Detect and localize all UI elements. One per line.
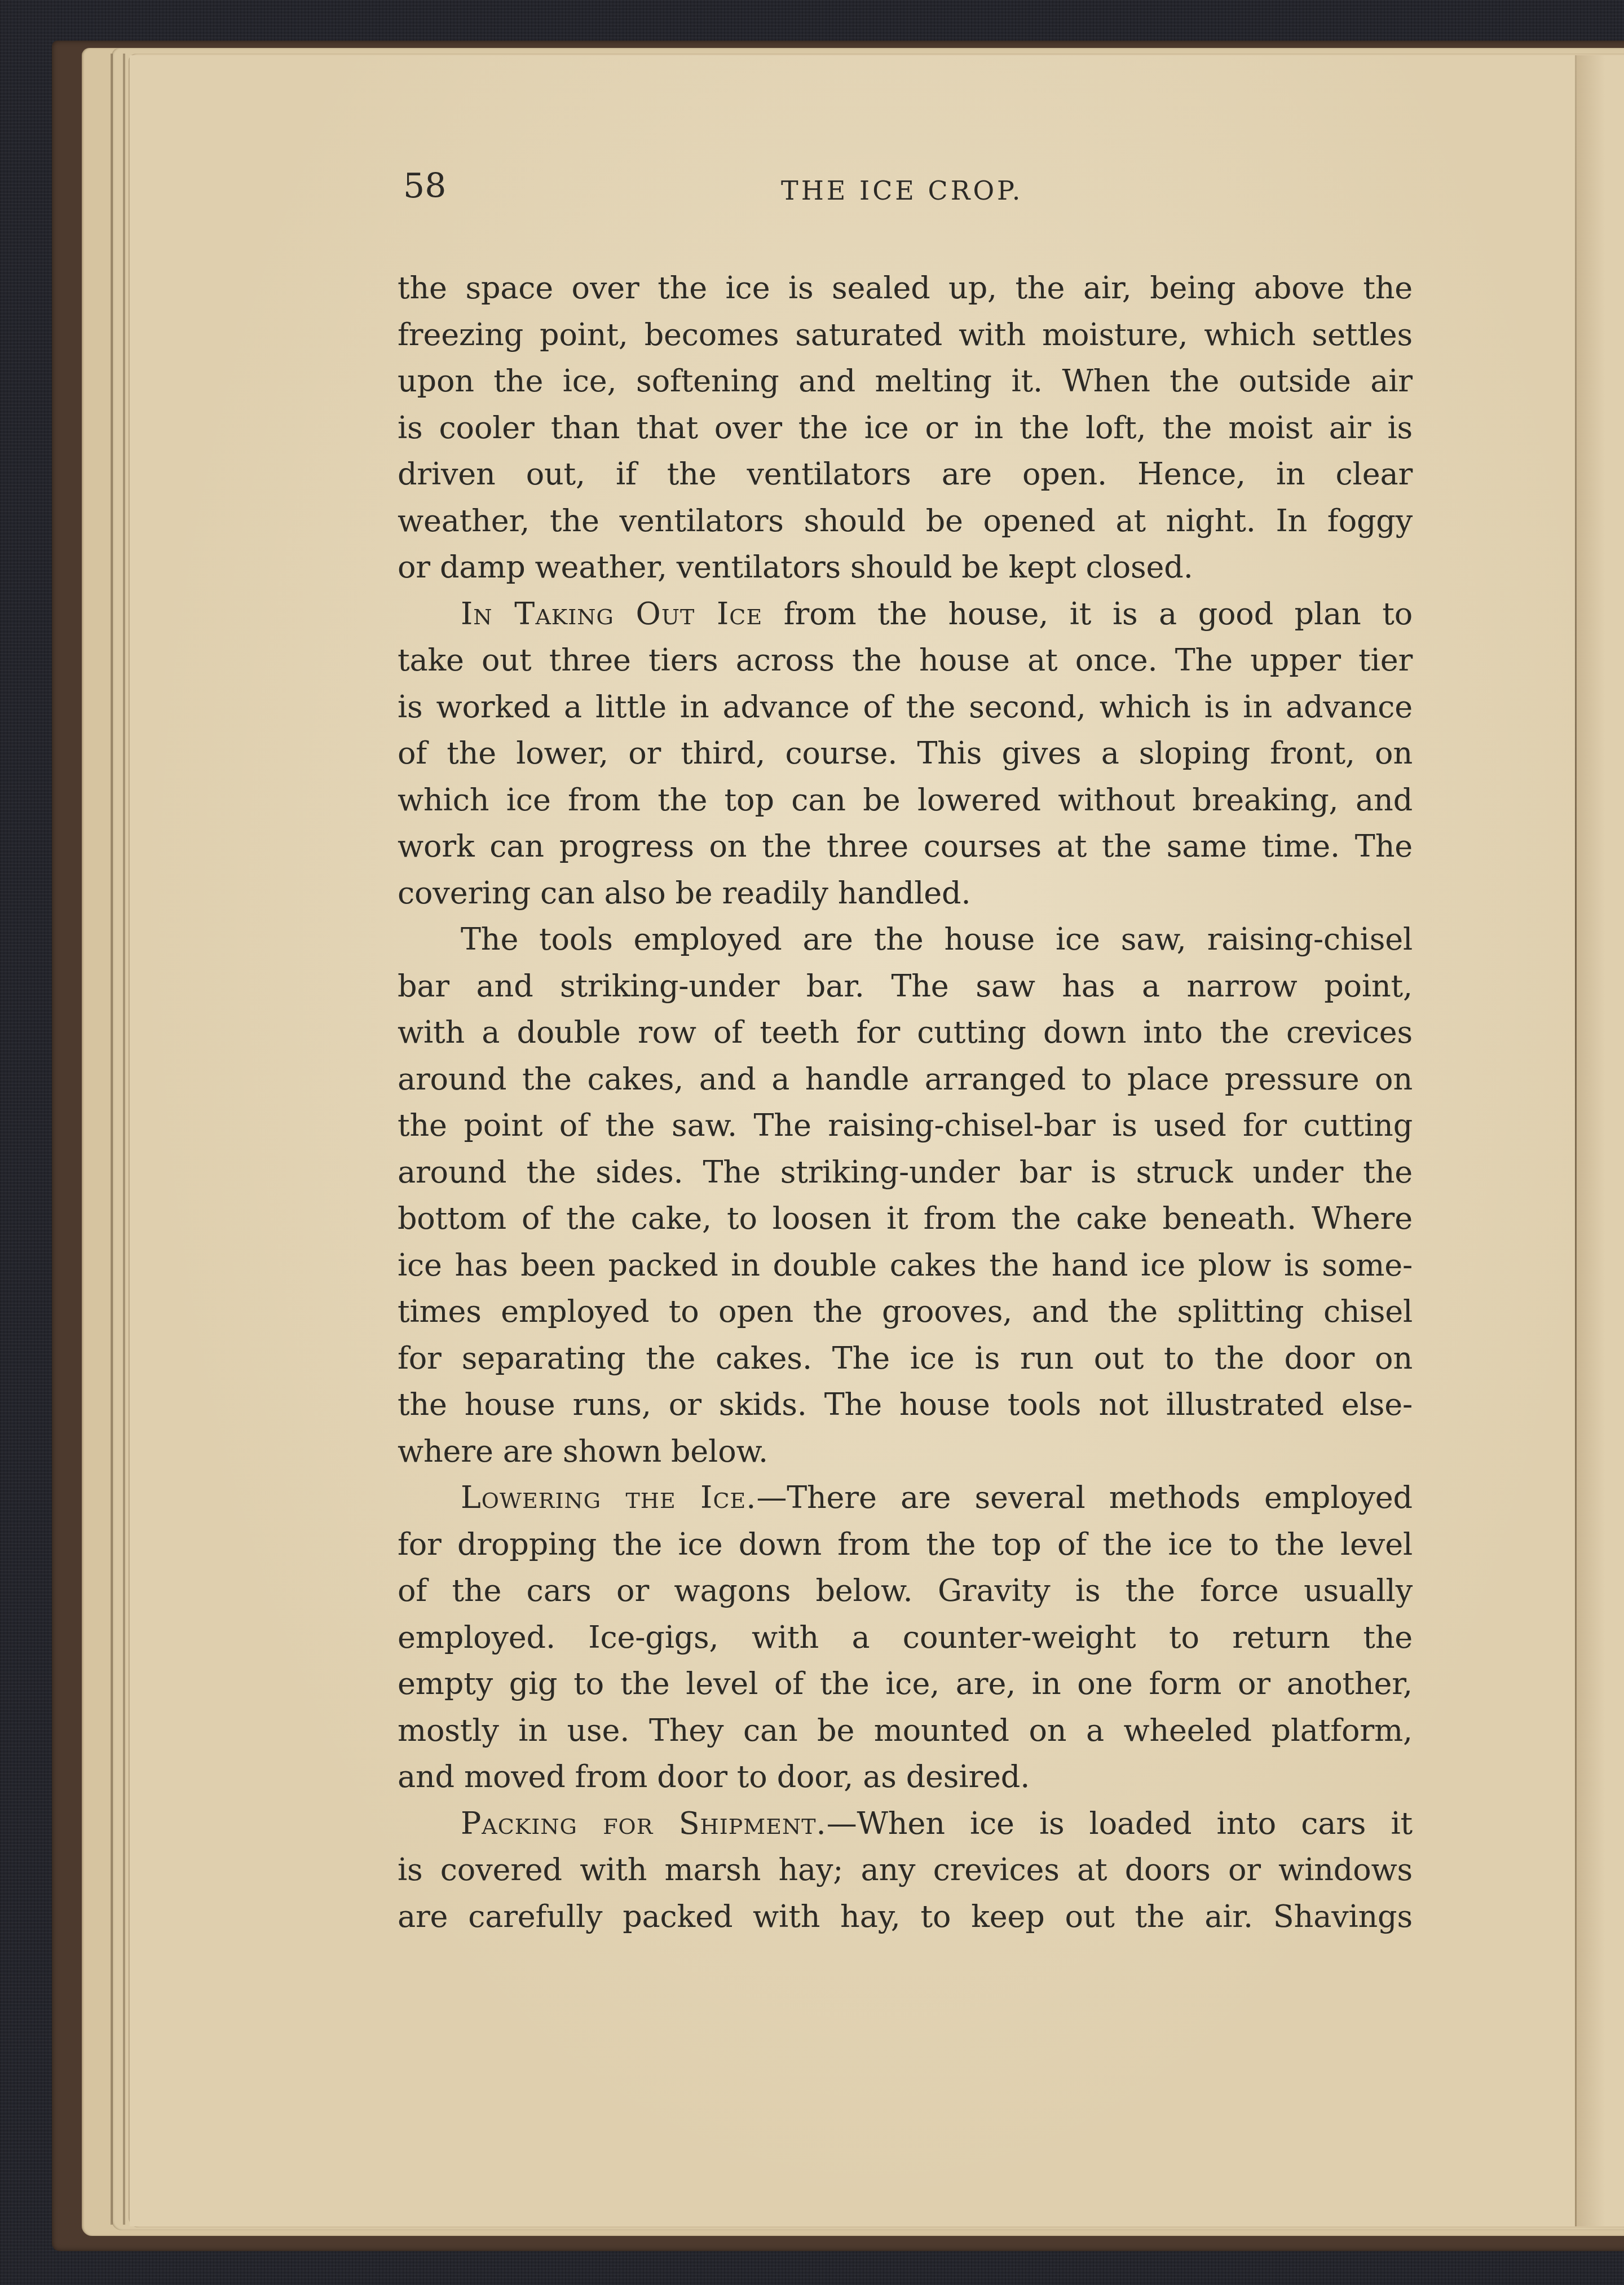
text-line: mostly in use. They can be mounted on a … xyxy=(398,1708,1413,1754)
paragraph: In Taking Out Ice from the house, it is … xyxy=(398,591,1413,917)
section-lead: Packing for Shipment. xyxy=(461,1806,827,1841)
paragraph: Packing for Shipment.—When ice is loaded… xyxy=(398,1801,1413,1940)
page-edge-line xyxy=(111,54,113,2225)
text-line: covering can also be readily handled. xyxy=(398,870,1413,917)
text-line: employed. Ice-gigs, with a counter-weigh… xyxy=(398,1615,1413,1661)
text-line: where are shown below. xyxy=(398,1428,1413,1475)
text-line: is worked a little in advance of the sec… xyxy=(398,684,1413,731)
facing-page-edge xyxy=(1577,55,1624,2226)
paragraph: The tools employed are the house ice saw… xyxy=(398,916,1413,1475)
body-text: the space over the ice is sealed up, the… xyxy=(398,265,1413,1940)
text-line: is cooler than that over the ice or in t… xyxy=(398,405,1413,452)
text-line: of the lower, or third, course. This giv… xyxy=(398,730,1413,777)
text-line: Packing for Shipment.—When ice is loaded… xyxy=(398,1801,1413,1847)
text-line: is covered with marsh hay; any crevices … xyxy=(398,1847,1413,1894)
text-line: The tools employed are the house ice saw… xyxy=(398,916,1413,963)
text-line: driven out, if the ventilators are open.… xyxy=(398,451,1413,498)
text-line: or damp weather, ventilators should be k… xyxy=(398,544,1413,591)
text-line: the point of the saw. The raising-chisel… xyxy=(398,1102,1413,1149)
paragraph: Lowering the Ice.—There are several meth… xyxy=(398,1475,1413,1801)
text-line: bottom of the cake, to loosen it from th… xyxy=(398,1196,1413,1242)
text-line: the space over the ice is sealed up, the… xyxy=(398,265,1413,312)
text-line: ice has been packed in double cakes the … xyxy=(398,1242,1413,1289)
page-edge-line xyxy=(123,54,125,2225)
paragraph: the space over the ice is sealed up, the… xyxy=(398,265,1413,591)
running-title: THE ICE CROP. xyxy=(781,168,1023,213)
text-line: work can progress on the three courses a… xyxy=(398,823,1413,870)
text-line: which ice from the top can be lowered wi… xyxy=(398,777,1413,824)
text-line: the house runs, or skids. The house tool… xyxy=(398,1382,1413,1428)
text-line: for separating the cakes. The ice is run… xyxy=(398,1335,1413,1382)
text-line: and moved from door to door, as desired. xyxy=(398,1754,1413,1801)
page-number: 58 xyxy=(403,164,446,209)
text-line: around the cakes, and a handle arranged … xyxy=(398,1056,1413,1103)
text-line: upon the ice, softening and melting it. … xyxy=(398,358,1413,405)
text-line: for dropping the ice down from the top o… xyxy=(398,1521,1413,1568)
text-line: In Taking Out Ice from the house, it is … xyxy=(398,591,1413,638)
text-line: Lowering the Ice.—There are several meth… xyxy=(398,1475,1413,1521)
text-line: weather, the ventilators should be opene… xyxy=(398,498,1413,545)
section-lead: In Taking Out Ice xyxy=(461,596,762,632)
text-line: freezing point, becomes saturated with m… xyxy=(398,312,1413,359)
text-line: of the cars or wagons below. Gravity is … xyxy=(398,1568,1413,1615)
section-lead: Lowering the Ice. xyxy=(461,1480,756,1515)
text-line: empty gig to the level of the ice, are, … xyxy=(398,1661,1413,1708)
running-head: 58 THE ICE CROP. xyxy=(403,164,1418,209)
text-line: are carefully packed with hay, to keep o… xyxy=(398,1894,1413,1940)
text-line: bar and striking-under bar. The saw has … xyxy=(398,963,1413,1010)
text-line: with a double row of teeth for cutting d… xyxy=(398,1009,1413,1056)
text-line: take out three tiers across the house at… xyxy=(398,637,1413,684)
text-line: around the sides. The striking-under bar… xyxy=(398,1149,1413,1196)
text-line: times employed to open the grooves, and … xyxy=(398,1289,1413,1335)
